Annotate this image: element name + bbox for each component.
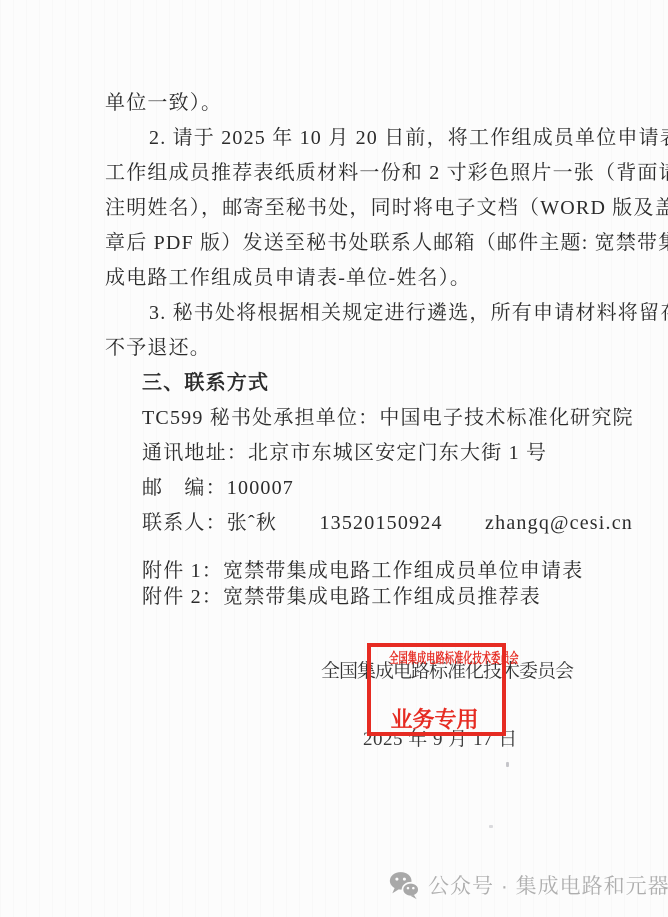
document-body: 单位一致）。 2. 请于 2025 年 10 月 20 日前，将工作组成员单位申… xyxy=(105,86,605,541)
wechat-icon xyxy=(389,870,419,900)
contact-line-postcode: 邮 编：100007 xyxy=(105,471,605,506)
body-line: 工作组成员推荐表纸质材料一份和 2 寸彩色照片一张（背面请 xyxy=(105,156,605,191)
body-line: 注明姓名），邮寄至秘书处，同时将电子文档（WORD 版及盖 xyxy=(105,191,605,226)
attachment-line: 附件 2：宽禁带集成电路工作组成员推荐表 xyxy=(105,584,583,610)
attachment-list: 附件 1：宽禁带集成电路工作组成员单位申请表 附件 2：宽禁带集成电路工作组成员… xyxy=(105,558,583,610)
official-seal: 全国集成电路标准化技术委员会 业务专用 xyxy=(367,643,506,736)
body-line: 3. 秘书处将根据相关规定进行遴选，所有申请材料将留存 xyxy=(105,296,605,331)
section-heading: 三、联系方式 xyxy=(105,366,605,401)
body-line: 单位一致）。 xyxy=(105,86,605,121)
body-line: 2. 请于 2025 年 10 月 20 日前，将工作组成员单位申请表、 xyxy=(105,121,605,156)
seal-org-text: 全国集成电路标准化技术委员会 xyxy=(389,648,483,668)
body-line: 章后 PDF 版）发送至秘书处联系人邮箱（邮件主题: 宽禁带集 xyxy=(105,226,605,261)
contact-line-address: 通讯地址：北京市东城区安定门东大街 1 号 xyxy=(105,436,605,471)
contact-line-secretariat: TC599 秘书处承担单位：中国电子技术标准化研究院 xyxy=(105,401,605,436)
seal-purpose-text: 业务专用 xyxy=(371,703,498,734)
scanned-document-page: 单位一致）。 2. 请于 2025 年 10 月 20 日前，将工作组成员单位申… xyxy=(0,0,668,917)
watermark: 公众号 · 集成电路和元器件 xyxy=(389,870,668,900)
body-line: 不予退还。 xyxy=(105,331,605,366)
scan-speck xyxy=(489,825,493,828)
scan-speck xyxy=(506,762,509,767)
watermark-text: 公众号 · 集成电路和元器件 xyxy=(428,870,668,900)
attachment-line: 附件 1：宽禁带集成电路工作组成员单位申请表 xyxy=(105,558,583,584)
contact-line-person: 联系人：张ˆ秋 13520150924 zhangq@cesi.cn xyxy=(105,506,605,541)
body-line: 成电路工作组成员申请表-单位-姓名）。 xyxy=(105,261,605,296)
